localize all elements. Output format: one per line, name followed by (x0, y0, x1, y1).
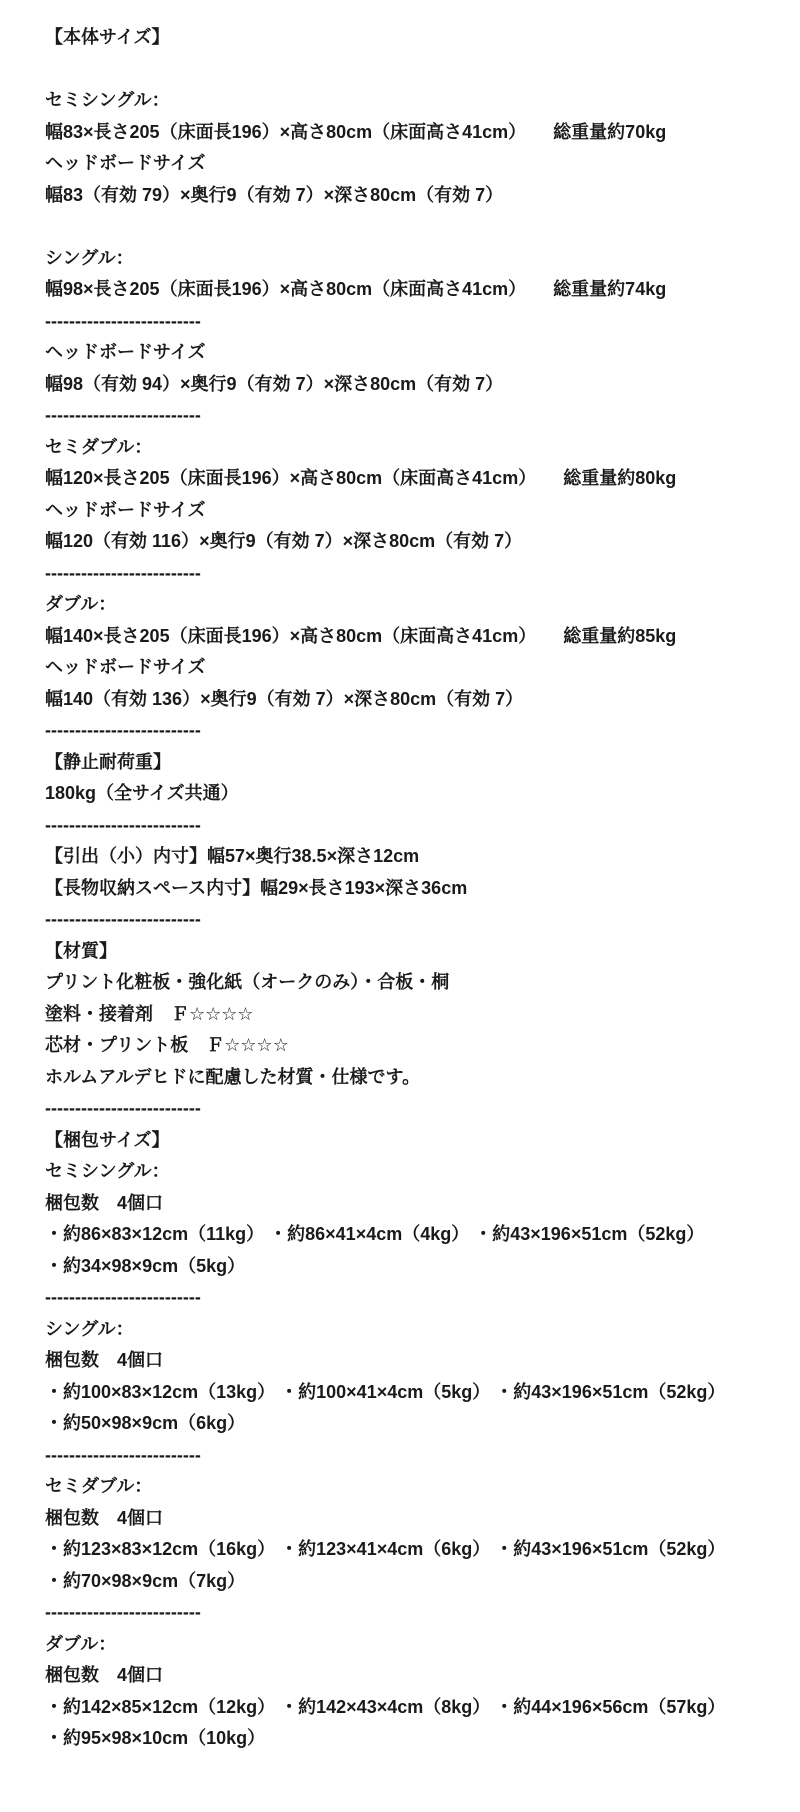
spec-text-line: ・約70×98×9cm（7kg） (45, 1566, 770, 1598)
section-heading: 【静止耐荷重】 (45, 747, 770, 779)
spec-text-line: 幅120（有効 116）×奥行9（有効 7）×深さ80cm（有効 7） (45, 526, 770, 558)
spec-text-line: ヘッドボードサイズ (45, 495, 770, 527)
spec-text-line: セミダブル： (45, 432, 770, 464)
spec-text-line: 幅120×長さ205（床面長196）×高さ80cm（床面高さ41cm） 総重量約… (45, 463, 770, 495)
separator-line: -------------------------- (45, 558, 770, 590)
spec-text-line: ヘッドボードサイズ (45, 337, 770, 369)
spec-text-line: ダブル： (45, 589, 770, 621)
blank-line (45, 54, 770, 86)
spec-text-line: セミシングル： (45, 85, 770, 117)
spec-text-line: 塗料・接着剤 Ｆ☆☆☆☆ (45, 999, 770, 1031)
spec-text-line: ・約50×98×9cm（6kg） (45, 1408, 770, 1440)
spec-text-line: 幅98×長さ205（床面長196）×高さ80cm（床面高さ41cm） 総重量約7… (45, 274, 770, 306)
spec-text-line: ・約34×98×9cm（5kg） (45, 1251, 770, 1283)
spec-text-line: ヘッドボードサイズ (45, 148, 770, 180)
spec-text-line: セミダブル： (45, 1471, 770, 1503)
spec-text-line: ・約142×85×12cm（12kg） ・約142×43×4cm（8kg） ・約… (45, 1692, 770, 1724)
separator-line: -------------------------- (45, 904, 770, 936)
spec-text-line: 幅140×長さ205（床面長196）×高さ80cm（床面高さ41cm） 総重量約… (45, 621, 770, 653)
separator-line: -------------------------- (45, 810, 770, 842)
section-heading: 【梱包サイズ】 (45, 1125, 770, 1157)
spec-text-line: 幅140（有効 136）×奥行9（有効 7）×深さ80cm（有効 7） (45, 684, 770, 716)
separator-line: -------------------------- (45, 1597, 770, 1629)
section-heading: 【本体サイズ】 (45, 22, 770, 54)
spec-text-line: シングル： (45, 1314, 770, 1346)
spec-text-line: シングル： (45, 243, 770, 275)
spec-text-line: ダブル： (45, 1629, 770, 1661)
spec-text-line: プリント化粧板・強化紙（オークのみ）・合板・桐 (45, 967, 770, 999)
separator-line: -------------------------- (45, 1093, 770, 1125)
spec-text-line: ホルムアルデヒドに配慮した材質・仕様です。 (45, 1062, 770, 1094)
spec-text-line: 梱包数 4個口 (45, 1345, 770, 1377)
separator-line: -------------------------- (45, 1282, 770, 1314)
blank-line (45, 211, 770, 243)
spec-text-line: 梱包数 4個口 (45, 1660, 770, 1692)
spec-text-line: ・約95×98×10cm（10kg） (45, 1723, 770, 1755)
spec-text-line: 【引出（小）内寸】幅57×奥行38.5×深さ12cm (45, 841, 770, 873)
spec-text-line: 180kg（全サイズ共通） (45, 778, 770, 810)
separator-line: -------------------------- (45, 306, 770, 338)
spec-text-line: ヘッドボードサイズ (45, 652, 770, 684)
separator-line: -------------------------- (45, 1440, 770, 1472)
spec-text-line: 梱包数 4個口 (45, 1503, 770, 1535)
section-heading: 【材質】 (45, 936, 770, 968)
spec-text-line: ・約123×83×12cm（16kg） ・約123×41×4cm（6kg） ・約… (45, 1534, 770, 1566)
separator-line: -------------------------- (45, 715, 770, 747)
spec-text-line: セミシングル： (45, 1156, 770, 1188)
spec-text-line: 【長物収納スペース内寸】幅29×長さ193×深さ36cm (45, 873, 770, 905)
separator-line: -------------------------- (45, 400, 770, 432)
spec-text-line: ・約86×83×12cm（11kg） ・約86×41×4cm（4kg） ・約43… (45, 1219, 770, 1251)
spec-text-line: 梱包数 4個口 (45, 1188, 770, 1220)
spec-text-line: 幅83×長さ205（床面長196）×高さ80cm（床面高さ41cm） 総重量約7… (45, 117, 770, 149)
spec-text-line: 幅83（有効 79）×奥行9（有効 7）×深さ80cm（有効 7） (45, 180, 770, 212)
spec-text-line: ・約100×83×12cm（13kg） ・約100×41×4cm（5kg） ・約… (45, 1377, 770, 1409)
spec-text-line: 幅98（有効 94）×奥行9（有効 7）×深さ80cm（有効 7） (45, 369, 770, 401)
spec-document: 【本体サイズ】セミシングル：幅83×長さ205（床面長196）×高さ80cm（床… (0, 0, 800, 1812)
spec-text-line: 芯材・プリント板 Ｆ☆☆☆☆ (45, 1030, 770, 1062)
